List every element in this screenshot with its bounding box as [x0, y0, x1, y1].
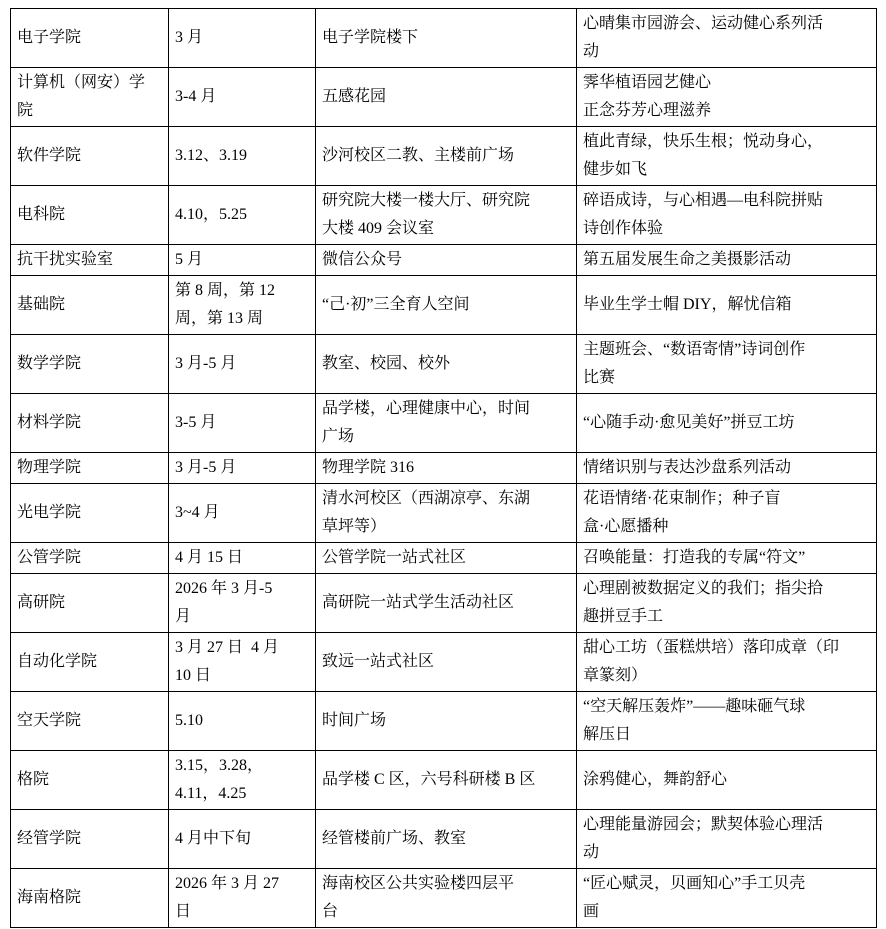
table-cell: 3-5 月 [169, 394, 316, 453]
table-cell: 公管学院 [11, 543, 169, 574]
table-cell: 3~4 月 [169, 484, 316, 543]
table-cell: “匠心赋灵，贝画知心”手工贝壳 画 [577, 869, 877, 928]
table-cell: 4 月 15 日 [169, 543, 316, 574]
table-cell: 计算机（网安）学 院 [11, 68, 169, 127]
table-cell: 经管学院 [11, 810, 169, 869]
table-cell: 3 月-5 月 [169, 335, 316, 394]
table-cell: 海南校区公共实验楼四层平 台 [316, 869, 577, 928]
table-cell: 高研院一站式学生活动社区 [316, 574, 577, 633]
table-cell: 经管楼前广场、教室 [316, 810, 577, 869]
table-row: 自动化学院3 月 27 日 4 月 10 日致远一站式社区甜心工坊（蛋糕烘培）落… [11, 633, 877, 692]
table-row: 海南格院2026 年 3 月 27 日海南校区公共实验楼四层平 台“匠心赋灵，贝… [11, 869, 877, 928]
table-cell: 3.15，3.28， 4.11，4.25 [169, 751, 316, 810]
table-cell: 情绪识别与表达沙盘系列活动 [577, 453, 877, 484]
table-cell: 3-4 月 [169, 68, 316, 127]
table-row: 空天学院5.10时间广场“空天解压轰炸”——趣味砸气球 解压日 [11, 692, 877, 751]
table-cell: 植此青绿，快乐生根；悦动身心， 健步如飞 [577, 127, 877, 186]
document-page: 电子学院3 月电子学院楼下心晴集市园游会、运动健心系列活 动计算机（网安）学 院… [0, 8, 886, 929]
table-cell: 主题班会、“数语寄情”诗词创作 比赛 [577, 335, 877, 394]
table-cell: 清水河校区（西湖凉亭、东湖 草坪等） [316, 484, 577, 543]
table-cell: 第 8 周，第 12 周，第 13 周 [169, 276, 316, 335]
table-row: 计算机（网安）学 院3-4 月五感花园霁华植语园艺健心 正念芬芳心理滋养 [11, 68, 877, 127]
table-cell: 心理剧被数据定义的我们；指尖拾 趣拼豆手工 [577, 574, 877, 633]
table-row: 数学学院3 月-5 月教室、校园、校外主题班会、“数语寄情”诗词创作 比赛 [11, 335, 877, 394]
table-cell: 5.10 [169, 692, 316, 751]
table-cell: 数学学院 [11, 335, 169, 394]
table-cell: 涂鸦健心，舞韵舒心 [577, 751, 877, 810]
table-row: 基础院第 8 周，第 12 周，第 13 周“己·初”三全育人空间毕业生学士帽 … [11, 276, 877, 335]
table-cell: 3 月 [169, 9, 316, 68]
table-cell: 3.12、3.19 [169, 127, 316, 186]
table-row: 抗干扰实验室5 月微信公众号第五届发展生命之美摄影活动 [11, 245, 877, 276]
table-cell: 心晴集市园游会、运动健心系列活 动 [577, 9, 877, 68]
table-cell: 第五届发展生命之美摄影活动 [577, 245, 877, 276]
table-cell: 材料学院 [11, 394, 169, 453]
table-row: 电科院4.10，5.25研究院大楼一楼大厅、研究院 大楼 409 会议室碎语成诗… [11, 186, 877, 245]
table-cell: 格院 [11, 751, 169, 810]
table-cell: 海南格院 [11, 869, 169, 928]
table-cell: 碎语成诗，与心相遇—电科院拼贴 诗创作体验 [577, 186, 877, 245]
table-row: 格院3.15，3.28， 4.11，4.25品学楼 C 区，六号科研楼 B 区涂… [11, 751, 877, 810]
table-cell: 电子学院 [11, 9, 169, 68]
table-cell: 2026 年 3 月-5 月 [169, 574, 316, 633]
table-cell: 电科院 [11, 186, 169, 245]
table-cell: 物理学院 [11, 453, 169, 484]
table-row: 软件学院3.12、3.19沙河校区二教、主楼前广场植此青绿，快乐生根；悦动身心，… [11, 127, 877, 186]
table-cell: 品学楼，心理健康中心，时间 广场 [316, 394, 577, 453]
table-row: 光电学院3~4 月清水河校区（西湖凉亭、东湖 草坪等）花语情绪·花束制作；种子盲… [11, 484, 877, 543]
table-cell: 公管学院一站式社区 [316, 543, 577, 574]
table-cell: 品学楼 C 区，六号科研楼 B 区 [316, 751, 577, 810]
table-cell: 软件学院 [11, 127, 169, 186]
table-cell: 甜心工坊（蛋糕烘培）落印成章（印 章篆刻） [577, 633, 877, 692]
table-cell: 霁华植语园艺健心 正念芬芳心理滋养 [577, 68, 877, 127]
table-cell: 花语情绪·花束制作；种子盲 盒·心愿播种 [577, 484, 877, 543]
table-row: 材料学院3-5 月品学楼，心理健康中心，时间 广场“心随手动·愈见美好”拼豆工坊 [11, 394, 877, 453]
table-cell: 电子学院楼下 [316, 9, 577, 68]
table-body: 电子学院3 月电子学院楼下心晴集市园游会、运动健心系列活 动计算机（网安）学 院… [11, 9, 877, 928]
table-cell: 抗干扰实验室 [11, 245, 169, 276]
table-cell: 沙河校区二教、主楼前广场 [316, 127, 577, 186]
table-cell: 研究院大楼一楼大厅、研究院 大楼 409 会议室 [316, 186, 577, 245]
table-cell: 基础院 [11, 276, 169, 335]
table-cell: 微信公众号 [316, 245, 577, 276]
table-cell: 5 月 [169, 245, 316, 276]
table-cell: 五感花园 [316, 68, 577, 127]
table-cell: 高研院 [11, 574, 169, 633]
table-cell: “空天解压轰炸”——趣味砸气球 解压日 [577, 692, 877, 751]
table-cell: 2026 年 3 月 27 日 [169, 869, 316, 928]
table-cell: 致远一站式社区 [316, 633, 577, 692]
table-row: 经管学院4 月中下旬经管楼前广场、教室心理能量游园会；默契体验心理活 动 [11, 810, 877, 869]
college-activity-schedule-table: 电子学院3 月电子学院楼下心晴集市园游会、运动健心系列活 动计算机（网安）学 院… [10, 8, 877, 928]
table-cell: “心随手动·愈见美好”拼豆工坊 [577, 394, 877, 453]
table-row: 公管学院4 月 15 日公管学院一站式社区召唤能量：打造我的专属“符文” [11, 543, 877, 574]
table-cell: 召唤能量：打造我的专属“符文” [577, 543, 877, 574]
table-cell: 心理能量游园会；默契体验心理活 动 [577, 810, 877, 869]
table-cell: 教室、校园、校外 [316, 335, 577, 394]
table-cell: 自动化学院 [11, 633, 169, 692]
table-cell: 空天学院 [11, 692, 169, 751]
table-row: 物理学院3 月-5 月物理学院 316情绪识别与表达沙盘系列活动 [11, 453, 877, 484]
table-row: 高研院2026 年 3 月-5 月高研院一站式学生活动社区心理剧被数据定义的我们… [11, 574, 877, 633]
table-row: 电子学院3 月电子学院楼下心晴集市园游会、运动健心系列活 动 [11, 9, 877, 68]
table-cell: 4 月中下旬 [169, 810, 316, 869]
table-cell: 毕业生学士帽 DIY，解忧信箱 [577, 276, 877, 335]
table-cell: “己·初”三全育人空间 [316, 276, 577, 335]
table-cell: 光电学院 [11, 484, 169, 543]
table-cell: 4.10，5.25 [169, 186, 316, 245]
table-cell: 3 月 27 日 4 月 10 日 [169, 633, 316, 692]
table-cell: 时间广场 [316, 692, 577, 751]
table-cell: 物理学院 316 [316, 453, 577, 484]
table-cell: 3 月-5 月 [169, 453, 316, 484]
